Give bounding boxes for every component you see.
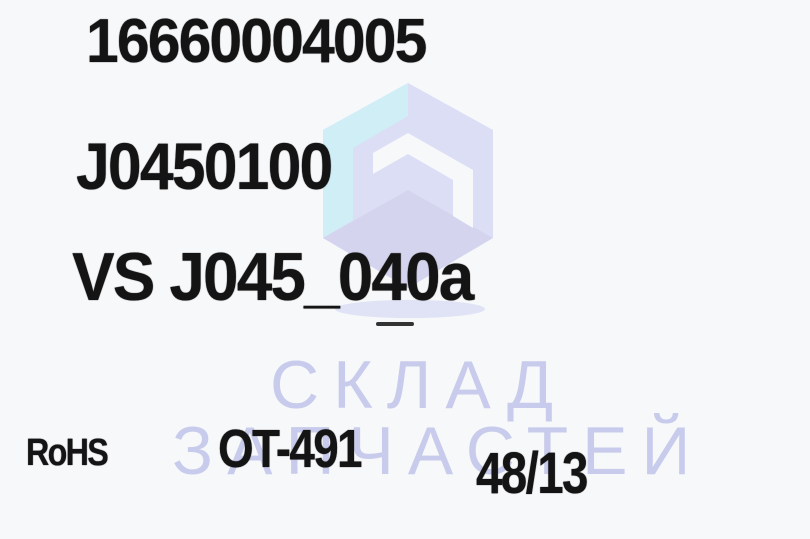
model-code: J0450100 (76, 128, 331, 204)
version-string: VS J045_040a (72, 238, 472, 316)
date-code: 48/13 (476, 440, 587, 507)
rohs-mark: RoHS (26, 432, 107, 475)
underscore-mark (376, 322, 414, 326)
operator-code: OT-491 (218, 418, 361, 480)
part-number: 16660004005 (86, 6, 425, 77)
